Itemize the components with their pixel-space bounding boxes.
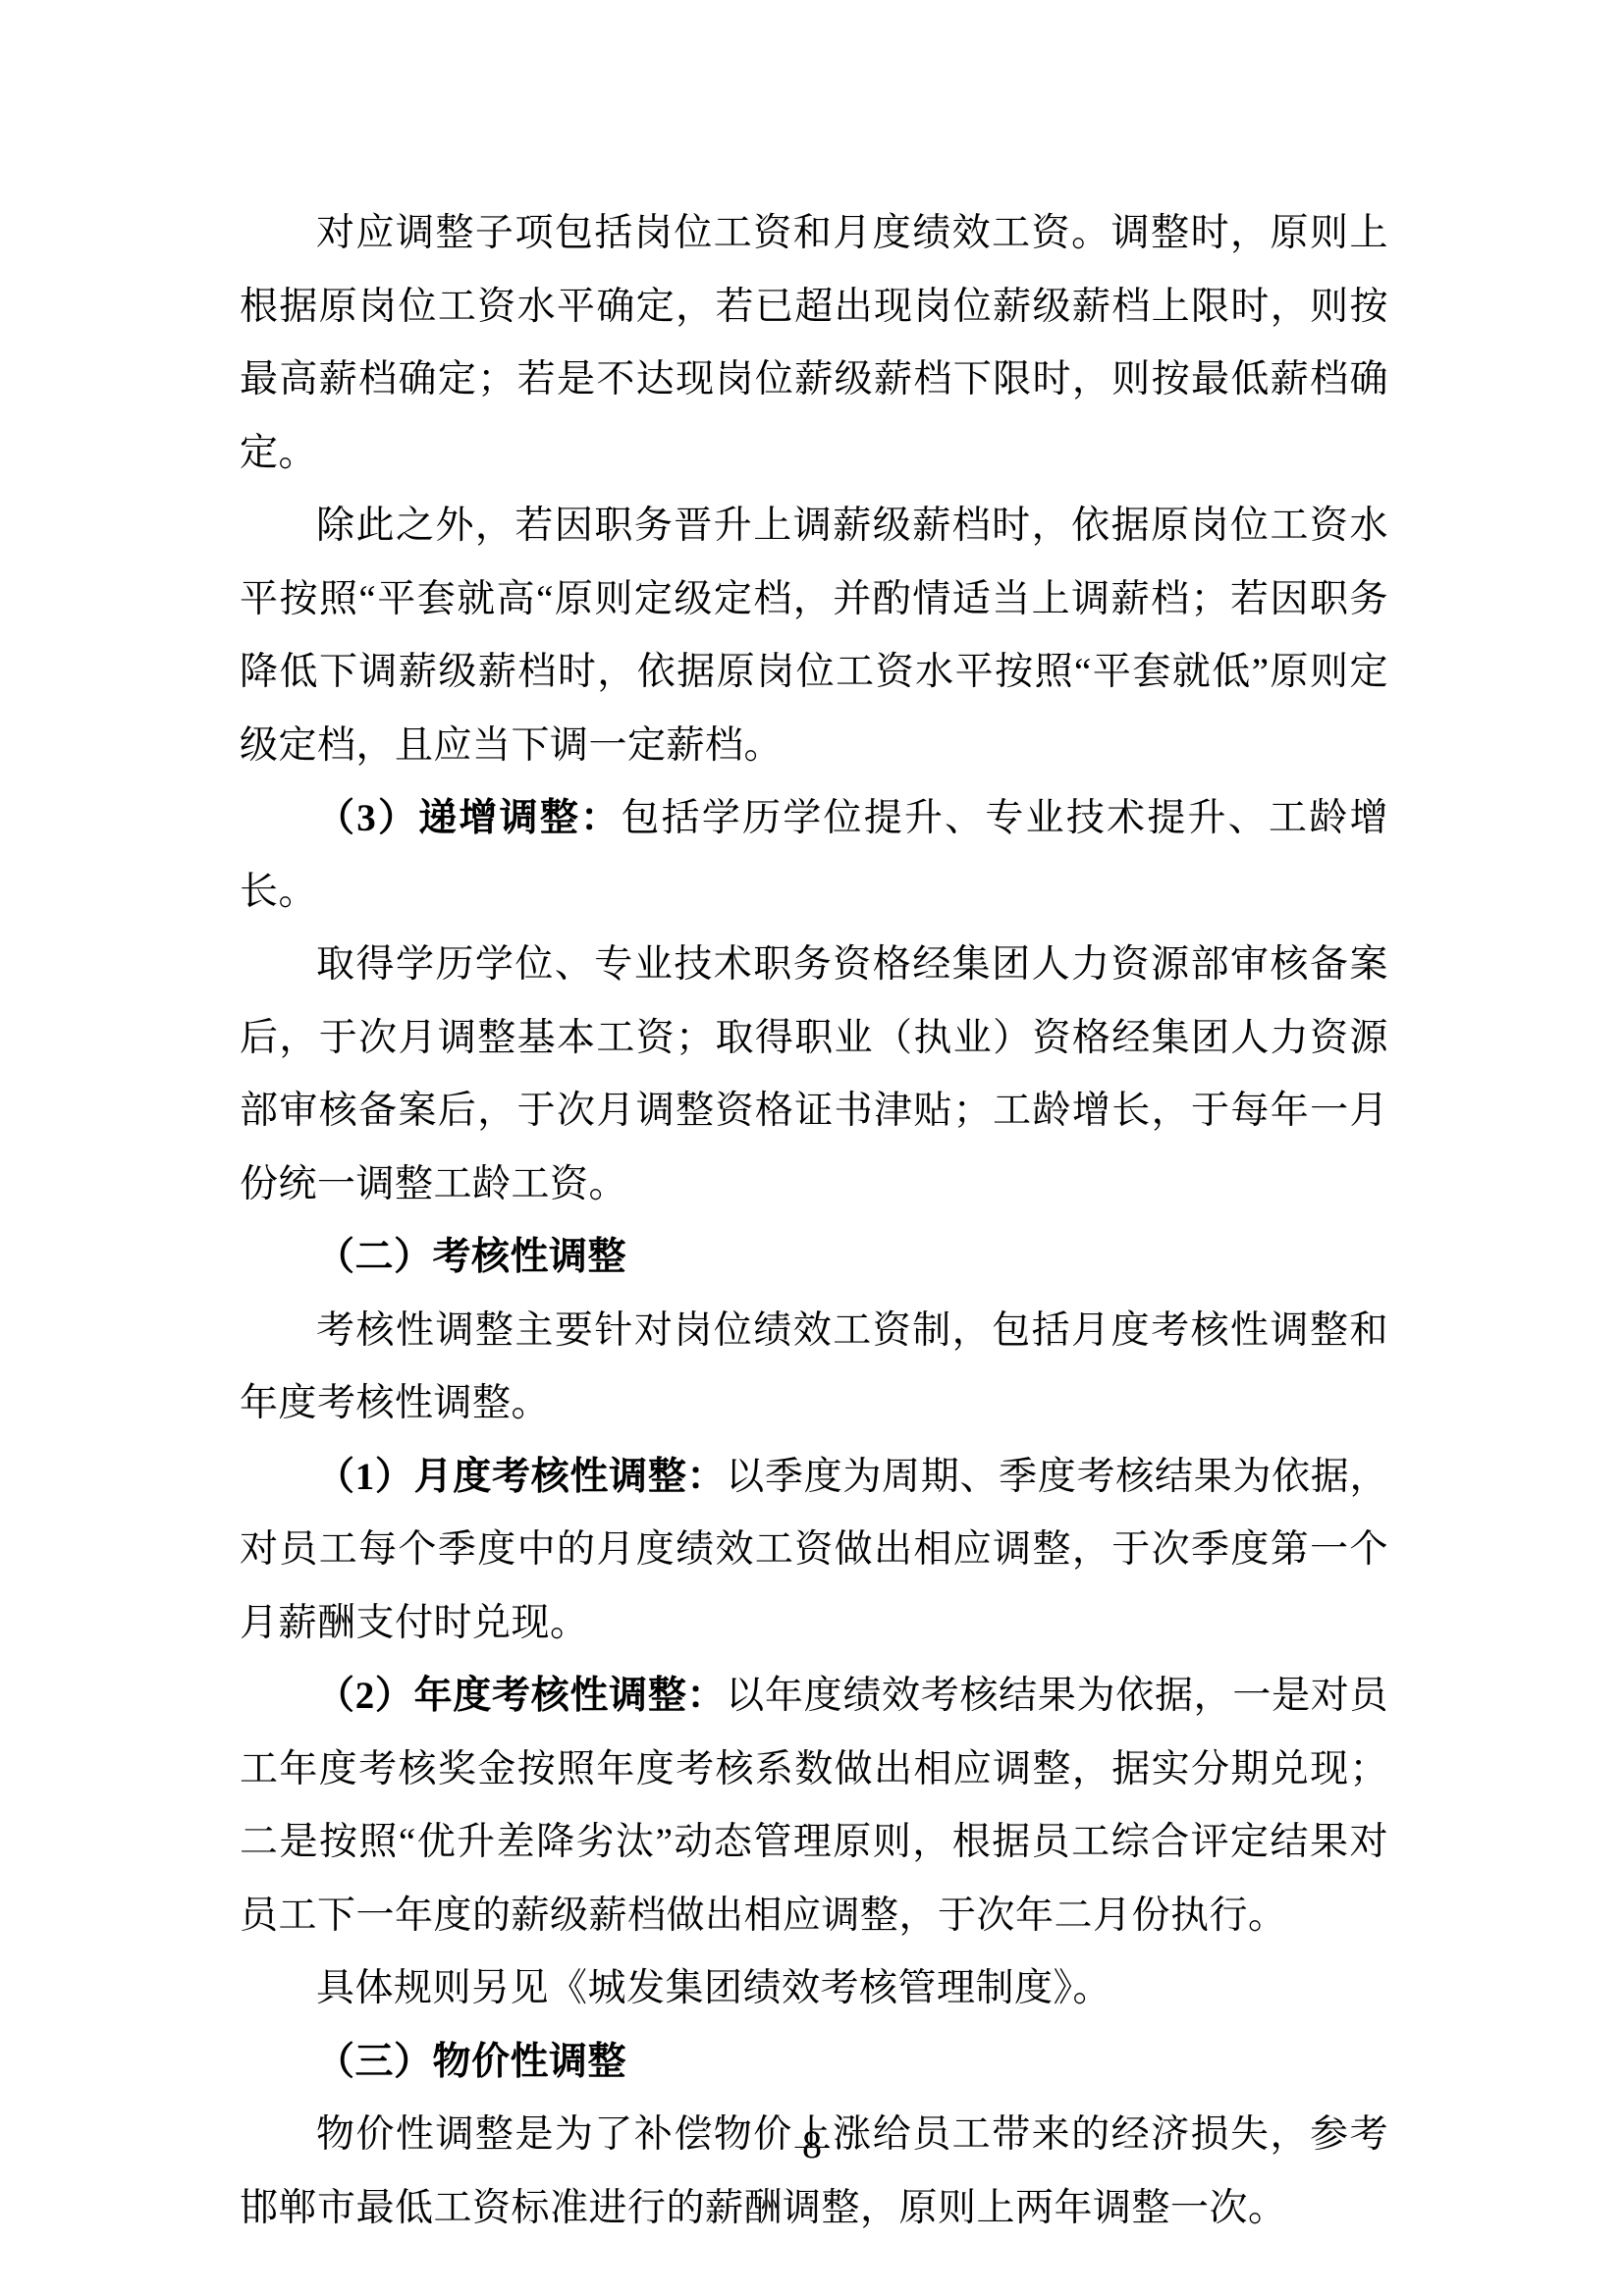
- page-number: 8: [0, 2123, 1624, 2166]
- paragraph-text: 对应调整子项包括岗位工资和月度绩效工资。调整时，原则上根据原岗位工资水平确定，若…: [240, 212, 1388, 474]
- paragraph-lead-bold: （2）年度考核性调整：: [316, 1675, 726, 1717]
- paragraph: （3）递增调整：包括学历学位提升、专业技术提升、工龄增长。: [240, 782, 1388, 929]
- paragraph: 物价性调整是为了补偿物价上涨给员工带来的经济损失，参考邯郸市最低工资标准进行的薪…: [240, 2099, 1388, 2245]
- document-body: 对应调整子项包括岗位工资和月度绩效工资。调整时，原则上根据原岗位工资水平确定，若…: [240, 197, 1388, 2245]
- paragraph: 对应调整子项包括岗位工资和月度绩效工资。调整时，原则上根据原岗位工资水平确定，若…: [240, 197, 1388, 490]
- paragraph: 考核性调整主要针对岗位绩效工资制，包括月度考核性调整和年度考核性调整。: [240, 1295, 1388, 1441]
- paragraph: （1）月度考核性调整：以季度为周期、季度考核结果为依据，对员工每个季度中的月度绩…: [240, 1441, 1388, 1661]
- paragraph-text: 取得学历学位、专业技术职务资格经集团人力资源部审核备案后，于次月调整基本工资；取…: [240, 943, 1388, 1205]
- paragraph: 取得学历学位、专业技术职务资格经集团人力资源部审核备案后，于次月调整基本工资；取…: [240, 929, 1388, 1221]
- paragraph-text: 具体规则另见《城发集团绩效考核管理制度》。: [316, 1967, 1111, 2009]
- section-heading: （三）物价性调整: [240, 2026, 1388, 2100]
- paragraph-lead-bold: （3）递增调整：: [316, 797, 621, 839]
- paragraph-text: 考核性调整主要针对岗位绩效工资制，包括月度考核性调整和年度考核性调整。: [240, 1309, 1388, 1425]
- section-heading-text: （二）考核性调整: [316, 1236, 626, 1278]
- paragraph: （2）年度考核性调整：以年度绩效考核结果为依据，一是对员工年度考核奖金按照年度考…: [240, 1660, 1388, 1952]
- section-heading-text: （三）物价性调整: [316, 2041, 626, 2083]
- document-page: 对应调整子项包括岗位工资和月度绩效工资。调整时，原则上根据原岗位工资水平确定，若…: [0, 0, 1624, 2296]
- paragraph-lead-bold: （1）月度考核性调整：: [316, 1456, 726, 1498]
- paragraph: 具体规则另见《城发集团绩效考核管理制度》。: [240, 1952, 1388, 2026]
- paragraph: 除此之外，若因职务晋升上调薪级薪档时，依据原岗位工资水平按照“平套就高“原则定级…: [240, 490, 1388, 782]
- section-heading: （二）考核性调整: [240, 1221, 1388, 1295]
- paragraph-text: 除此之外，若因职务晋升上调薪级薪档时，依据原岗位工资水平按照“平套就高“原则定级…: [240, 505, 1388, 767]
